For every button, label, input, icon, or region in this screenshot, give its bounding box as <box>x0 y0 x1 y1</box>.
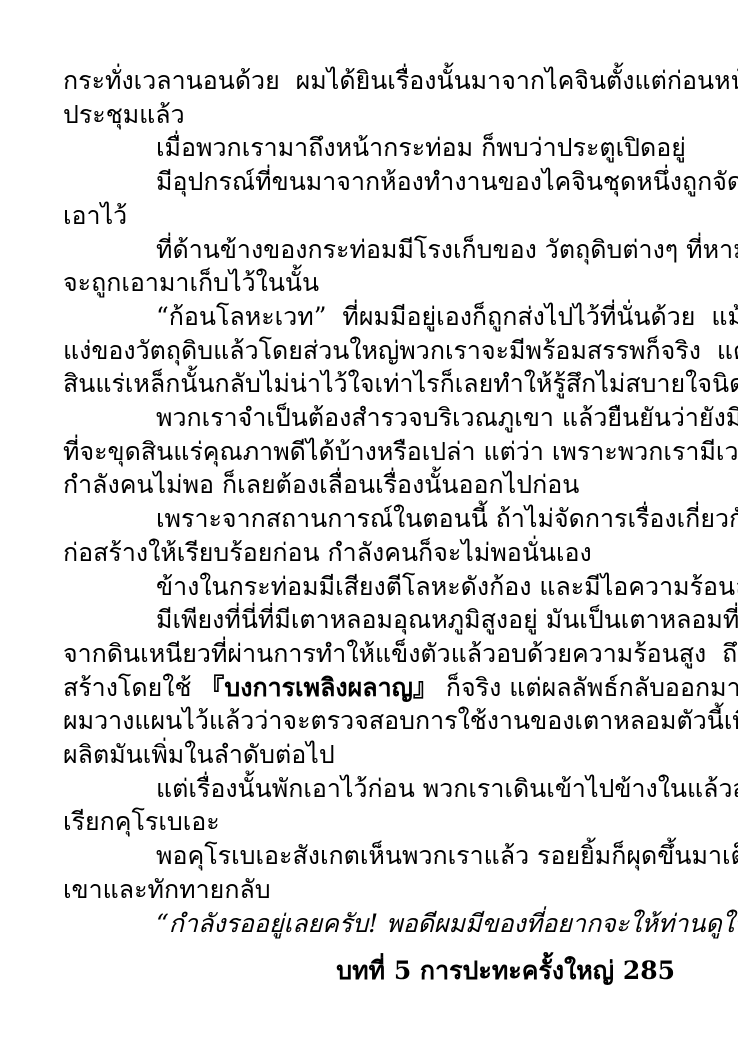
chapter-title-label: บทที่ 5 การปะทะครั้งใหญ่ <box>336 956 614 985</box>
text-line: ก่อสร้างให้เรียบร้อยก่อน กำลังคนก็จะไม่พ… <box>63 536 675 570</box>
text-segment: “ก้อนโลหะเวท” ที่ผมมีอยู่เองก็ถูกส่งไปไว… <box>156 302 738 331</box>
text-line: กำลังคนไม่พอ ก็เลยต้องเลื่อนเรื่องนั้นออ… <box>63 468 675 502</box>
text-line: เมื่อพวกเรามาถึงหน้ากระท่อม ก็พบว่าประตู… <box>63 131 675 165</box>
book-page: กระทั่งเวลานอนด้วย ผมได้ยินเรื่องนั้นมาจ… <box>0 0 738 1051</box>
text-line: มีเพียงที่นี่ที่มีเตาหลอมอุณหภูมิสูงอยู่… <box>63 603 675 637</box>
text-segment: ผมวางแผนไว้แล้วว่าจะตรวจสอบการใช้งานของเ… <box>63 706 738 735</box>
text-line: เพราะจากสถานการณ์ในตอนนี้ ถ้าไม่จัดการเร… <box>63 502 675 536</box>
text-line: ข้างในกระท่อมมีเสียงตีโลหะดังก้อง และมีไ… <box>63 570 675 604</box>
text-segment: แง่ของวัตถุดิบแล้วโดยส่วนใหญ่พวกเราจะมีพ… <box>63 336 738 365</box>
text-line: จากดินเหนียวที่ผ่านการทำให้แข็งตัวแล้วอบ… <box>63 637 675 671</box>
text-segment: ผลิตมันเพิ่มในลำดับต่อไป <box>63 740 335 769</box>
text-line: แง่ของวัตถุดิบแล้วโดยส่วนใหญ่พวกเราจะมีพ… <box>63 334 675 368</box>
text-line: ที่จะขุดสินแร่คุณภาพดีได้บ้างหรือเปล่า แ… <box>63 435 675 469</box>
text-segment: สร้างโดยใช้ <box>63 673 199 702</box>
text-line: พอคุโรเบเอะสังเกตเห็นพวกเราแล้ว รอยยิ้มก… <box>63 839 675 873</box>
text-segment: ข้างในกระท่อมมีเสียงตีโลหะดังก้อง และมีไ… <box>156 572 738 601</box>
text-line: ผมวางแผนไว้แล้วว่าจะตรวจสอบการใช้งานของเ… <box>63 704 675 738</box>
page-footer: บทที่ 5 การปะทะครั้งใหญ่ 285 <box>63 954 675 988</box>
text-segment: “กำลังรออยู่เลยครับ! พอดีผมมีของที่อยากจ… <box>156 909 738 938</box>
text-line: สินแร่เหล็กนั้นกลับไม่น่าไว้ใจเท่าไรก็เล… <box>63 367 675 401</box>
page-number: 285 <box>623 956 675 985</box>
text-segment: ประชุมแล้ว <box>63 100 185 129</box>
text-line: ที่ด้านข้างของกระท่อมมีโรงเก็บของ วัตถุด… <box>63 233 675 267</box>
text-segment: พวกเราจำเป็นต้องสำรวจบริเวณภูเขา แล้วยืน… <box>156 403 738 432</box>
text-line: มีอุปกรณ์ที่ขนมาจากห้องทำงานของไคจินชุดห… <box>63 165 675 199</box>
text-segment: ก็จริง แต่ผลลัพธ์กลับออกมาดีเกินคาด <box>438 673 738 702</box>
text-segment: เมื่อพวกเรามาถึงหน้ากระท่อม ก็พบว่าประตู… <box>156 133 686 162</box>
text-line: จะถูกเอามาเก็บไว้ในนั้น <box>63 266 675 300</box>
text-segment: กระทั่งเวลานอนด้วย ผมได้ยินเรื่องนั้นมาจ… <box>63 66 738 95</box>
dialogue-line: “กำลังรออยู่เลยครับ! พอดีผมมีของที่อยากจ… <box>63 907 675 941</box>
text-segment: จะถูกเอามาเก็บไว้ในนั้น <box>63 268 319 297</box>
text-segment: กำลังคนไม่พอ ก็เลยต้องเลื่อนเรื่องนั้นออ… <box>63 470 579 499</box>
skill-name-text: 『บงการเพลิงผลาญ』 <box>199 673 438 702</box>
text-segment: จากดินเหนียวที่ผ่านการทำให้แข็งตัวแล้วอบ… <box>63 639 738 668</box>
text-line: เอาไว้ <box>63 199 675 233</box>
text-segment: ที่ด้านข้างของกระท่อมมีโรงเก็บของ วัตถุด… <box>156 235 738 264</box>
text-line: “ก้อนโลหะเวท” ที่ผมมีอยู่เองก็ถูกส่งไปไว… <box>63 300 675 334</box>
text-segment: พอคุโรเบเอะสังเกตเห็นพวกเราแล้ว รอยยิ้มก… <box>156 841 738 870</box>
body-text: กระทั่งเวลานอนด้วย ผมได้ยินเรื่องนั้นมาจ… <box>63 64 675 940</box>
text-line: กระทั่งเวลานอนด้วย ผมได้ยินเรื่องนั้นมาจ… <box>63 64 675 98</box>
text-segment: เอาไว้ <box>63 201 127 230</box>
text-segment: ก่อสร้างให้เรียบร้อยก่อน กำลังคนก็จะไม่พ… <box>63 538 592 567</box>
text-line: ผลิตมันเพิ่มในลำดับต่อไป <box>63 738 675 772</box>
text-segment: มีเพียงที่นี่ที่มีเตาหลอมอุณหภูมิสูงอยู่… <box>156 605 738 634</box>
text-segment: สินแร่เหล็กนั้นกลับไม่น่าไว้ใจเท่าไรก็เล… <box>63 369 738 398</box>
text-segment: เขาและทักทายกลับ <box>63 875 271 904</box>
text-line: เขาและทักทายกลับ <box>63 873 675 907</box>
text-line: แต่เรื่องนั้นพักเอาไว้ก่อน พวกเราเดินเข้… <box>63 772 675 806</box>
text-segment: เพราะจากสถานการณ์ในตอนนี้ ถ้าไม่จัดการเร… <box>156 504 738 533</box>
text-line: สร้างโดยใช้ 『บงการเพลิงผลาญ』 ก็จริง แต่ผ… <box>63 671 675 705</box>
text-line: พวกเราจำเป็นต้องสำรวจบริเวณภูเขา แล้วยืน… <box>63 401 675 435</box>
text-segment: ที่จะขุดสินแร่คุณภาพดีได้บ้างหรือเปล่า แ… <box>63 437 738 466</box>
text-segment: มีอุปกรณ์ที่ขนมาจากห้องทำงานของไคจินชุดห… <box>156 167 738 196</box>
text-segment: เรียกคุโรเบเอะ <box>63 807 220 836</box>
text-line: เรียกคุโรเบเอะ <box>63 805 675 839</box>
text-segment: แต่เรื่องนั้นพักเอาไว้ก่อน พวกเราเดินเข้… <box>156 774 738 803</box>
text-line: ประชุมแล้ว <box>63 98 675 132</box>
